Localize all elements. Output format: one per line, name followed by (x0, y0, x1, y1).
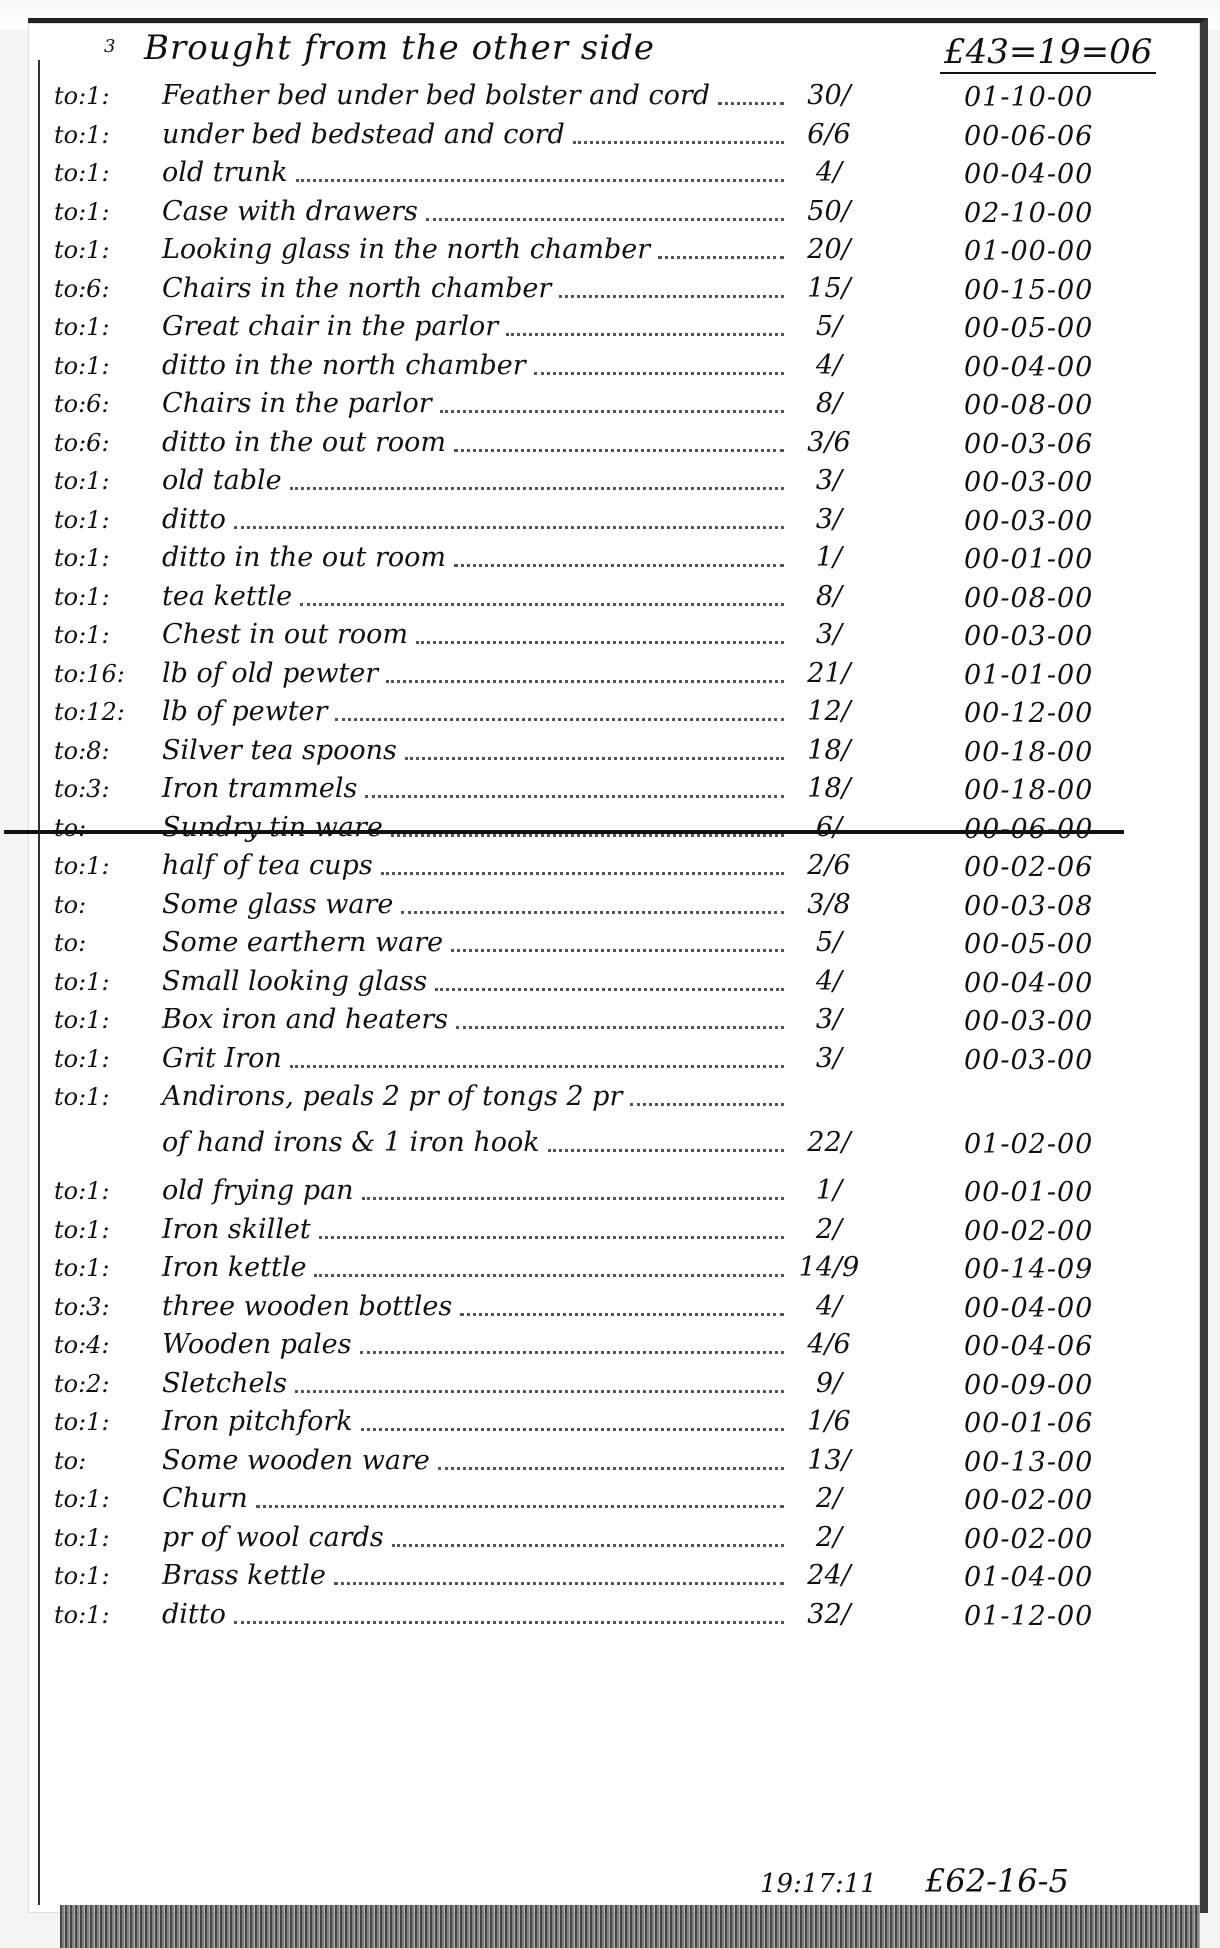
item-description: Churn (162, 1483, 248, 1514)
item-shillings-value: 4/ (784, 350, 874, 381)
dotted-leader (534, 372, 784, 375)
item-quantity: to:1: (54, 236, 164, 264)
item-quantity: to:3: (54, 775, 164, 803)
inventory-row: to:1:Andirons, peals 2 pr of tongs 2 pr (44, 1081, 1194, 1127)
inventory-row: to:Some glass ware3/800-03-08 (44, 889, 1194, 928)
inventory-row: to:1:Feather bed under bed bolster and c… (44, 80, 1194, 119)
inventory-row: to:1:under bed bedstead and cord6/600-06… (44, 119, 1194, 158)
item-pounds-amount: 00-18-00 (964, 775, 1184, 806)
inventory-row: to:1:Box iron and heaters3/00-03-00 (44, 1004, 1194, 1043)
inventory-row: to:3:three wooden bottles4/00-04-00 (44, 1291, 1194, 1330)
item-quantity: to:6: (54, 429, 164, 457)
inventory-row: to:6:ditto in the out room3/600-03-06 (44, 427, 1194, 466)
item-quantity: to:1: (54, 198, 164, 226)
item-quantity: to:1: (54, 159, 164, 187)
inventory-row: to:1:tea kettle8/00-08-00 (44, 581, 1194, 620)
item-pounds-amount: 00-03-06 (964, 429, 1184, 460)
item-shillings-value: 6/ (784, 812, 874, 843)
torn-page-edge (60, 1905, 1200, 1948)
dotted-leader (381, 872, 784, 875)
item-pounds-amount: 00-01-06 (964, 1408, 1184, 1439)
item-pounds-amount: 00-13-00 (964, 1447, 1184, 1478)
item-description: Chairs in the parlor (162, 388, 432, 419)
item-pounds-amount: 00-04-00 (964, 968, 1184, 999)
page-header: 3 Brought from the other side £43=19=06 (100, 28, 1180, 88)
item-description: Box iron and heaters (162, 1004, 448, 1035)
item-pounds-amount: 00-03-00 (964, 506, 1184, 537)
item-description: ditto in the north chamber (162, 350, 526, 381)
item-pounds-amount: 00-02-06 (964, 852, 1184, 883)
item-shillings-value: 3/ (784, 1004, 874, 1035)
dotted-leader (290, 1065, 784, 1068)
inventory-row: to:1:Brass kettle24/01-04-00 (44, 1560, 1194, 1599)
inventory-row: to:1:Small looking glass4/00-04-00 (44, 966, 1194, 1005)
dotted-leader (334, 1582, 784, 1585)
item-quantity: to: (54, 929, 164, 957)
item-pounds-amount: 00-08-00 (964, 390, 1184, 421)
grand-total: £62-16-5 (925, 1862, 1069, 1900)
item-shillings-value: 24/ (784, 1560, 874, 1591)
item-shillings-value: 12/ (784, 696, 874, 727)
inventory-row: to:Some earthern ware5/00-05-00 (44, 927, 1194, 966)
inventory-row: to:1:Grit Iron3/00-03-00 (44, 1043, 1194, 1082)
item-quantity: to: (54, 891, 164, 919)
item-description: Some wooden ware (162, 1445, 430, 1476)
page-marker: 3 (104, 36, 115, 57)
item-pounds-amount: 00-05-00 (964, 313, 1184, 344)
dotted-leader (290, 487, 784, 490)
item-description: Great chair in the parlor (162, 311, 498, 342)
item-quantity: to:1: (54, 1006, 164, 1034)
item-quantity: to:1: (54, 1083, 164, 1111)
item-pounds-amount: 00-04-00 (964, 1293, 1184, 1324)
item-shillings-value: 4/ (784, 1291, 874, 1322)
dotted-leader (335, 718, 784, 721)
item-pounds-amount: 00-04-00 (964, 352, 1184, 383)
item-quantity: to:1: (54, 352, 164, 380)
dotted-leader (440, 410, 784, 413)
item-shillings-value: 14/9 (784, 1252, 874, 1283)
item-shillings-value: 1/ (784, 1175, 874, 1206)
item-quantity: to:16: (54, 660, 164, 688)
item-pounds-amount: 00-09-00 (964, 1370, 1184, 1401)
dotted-leader (319, 1236, 784, 1239)
item-pounds-amount: 01-00-00 (964, 236, 1184, 267)
item-quantity: to:6: (54, 390, 164, 418)
item-shillings-value: 13/ (784, 1445, 874, 1476)
item-description: Iron pitchfork (162, 1406, 353, 1437)
dotted-leader (548, 1149, 784, 1152)
dotted-leader (392, 1544, 784, 1547)
item-description: tea kettle (162, 581, 292, 612)
inventory-row: to:16:lb of old pewter21/01-01-00 (44, 658, 1194, 697)
item-description: Chest in out room (162, 619, 408, 650)
dotted-leader (658, 256, 784, 259)
item-shillings-value: 2/ (784, 1522, 874, 1553)
item-shillings-value: 1/ (784, 542, 874, 573)
inventory-row: to:1:Chest in out room3/00-03-00 (44, 619, 1194, 658)
item-shillings-value: 30/ (784, 80, 874, 111)
item-shillings-value: 18/ (784, 735, 874, 766)
item-description: Iron trammels (162, 773, 357, 804)
item-shillings-value: 9/ (784, 1368, 874, 1399)
item-description: half of tea cups (162, 850, 373, 881)
inventory-row: to:12:lb of pewter12/00-12-00 (44, 696, 1194, 735)
page-totals: 19:17:11 £62-16-5 (760, 1862, 1069, 1900)
item-quantity: to:6: (54, 275, 164, 303)
item-pounds-amount: 01-10-00 (964, 82, 1184, 113)
item-description: ditto in the out room (162, 427, 446, 458)
item-quantity: to:2: (54, 1370, 164, 1398)
dotted-leader (416, 641, 784, 644)
dotted-leader (426, 218, 784, 221)
dotted-leader (573, 141, 784, 144)
item-pounds-amount: 01-12-00 (964, 1601, 1184, 1632)
dotted-leader (295, 1390, 784, 1393)
item-pounds-amount: 00-05-00 (964, 929, 1184, 960)
item-pounds-amount: 00-04-00 (964, 159, 1184, 190)
dotted-leader (386, 680, 784, 683)
item-description: of hand irons & 1 iron hook (162, 1127, 540, 1158)
item-quantity: to:4: (54, 1331, 164, 1359)
dotted-leader (234, 526, 784, 529)
dotted-leader (456, 1026, 784, 1029)
dotted-leader (718, 102, 784, 105)
item-pounds-amount: 00-18-00 (964, 737, 1184, 768)
item-description: pr of wool cards (162, 1522, 384, 1553)
dotted-leader (391, 834, 784, 837)
inventory-row: to:1:old frying pan1/00-01-00 (44, 1175, 1194, 1214)
dotted-leader (360, 1351, 784, 1354)
item-pounds-amount: 00-08-00 (964, 583, 1184, 614)
dotted-leader (506, 333, 784, 336)
item-description: Looking glass in the north chamber (162, 234, 650, 265)
item-shillings-value: 22/ (784, 1127, 874, 1158)
dotted-leader (362, 1197, 784, 1200)
item-pounds-amount: 00-06-06 (964, 121, 1184, 152)
inventory-row: to:2:Sletchels9/00-09-00 (44, 1368, 1194, 1407)
inventory-row: to:1:half of tea cups2/600-02-06 (44, 850, 1194, 889)
inventory-row: to:Sundry tin ware6/00-06-00 (44, 812, 1194, 851)
item-shillings-value: 20/ (784, 234, 874, 265)
dotted-leader (559, 295, 784, 298)
item-quantity: to:1: (54, 313, 164, 341)
item-shillings-value: 3/ (784, 504, 874, 535)
item-description: Some earthern ware (162, 927, 443, 958)
item-description: three wooden bottles (162, 1291, 452, 1322)
item-description: ditto in the out room (162, 542, 446, 573)
item-pounds-amount: 00-04-06 (964, 1331, 1184, 1362)
inventory-row: to:Some wooden ware13/00-13-00 (44, 1445, 1194, 1484)
dotted-leader (361, 1428, 784, 1431)
dotted-leader (256, 1505, 784, 1508)
dotted-leader (300, 603, 784, 606)
dotted-leader (454, 449, 784, 452)
item-shillings-value: 3/ (784, 619, 874, 650)
item-description: old table (162, 465, 282, 496)
item-quantity: to:1: (54, 1408, 164, 1436)
item-shillings-value: 4/ (784, 157, 874, 188)
header-title: Brought from the other side (144, 28, 655, 68)
item-shillings-value: 15/ (784, 273, 874, 304)
item-quantity: to:1: (54, 621, 164, 649)
item-description: Case with drawers (162, 196, 418, 227)
inventory-row: to:1:Iron kettle14/900-14-09 (44, 1252, 1194, 1291)
item-pounds-amount: 00-15-00 (964, 275, 1184, 306)
item-pounds-amount: 00-03-08 (964, 891, 1184, 922)
inventory-row: to:6:Chairs in the parlor8/00-08-00 (44, 388, 1194, 427)
item-pounds-amount: 02-10-00 (964, 198, 1184, 229)
inventory-row: to:1:ditto32/01-12-00 (44, 1599, 1194, 1638)
item-shillings-value: 2/ (784, 1483, 874, 1514)
item-description: Silver tea spoons (162, 735, 397, 766)
dotted-leader (451, 949, 784, 952)
shillings-subtotal: 19:17:11 (760, 1869, 877, 1899)
dotted-leader (401, 911, 784, 914)
dotted-leader (365, 795, 784, 798)
inventory-row: to:1:ditto in the north chamber4/00-04-0… (44, 350, 1194, 389)
item-shillings-value: 2/ (784, 1214, 874, 1245)
item-quantity: to:1: (54, 1524, 164, 1552)
item-shillings-value: 32/ (784, 1599, 874, 1630)
item-description: old frying pan (162, 1175, 354, 1206)
item-quantity: to:1: (54, 82, 164, 110)
item-pounds-amount: 00-02-00 (964, 1216, 1184, 1247)
item-shillings-value: 5/ (784, 927, 874, 958)
item-quantity: to: (54, 814, 164, 842)
item-description: old trunk (162, 157, 288, 188)
item-description: Feather bed under bed bolster and cord (162, 80, 710, 111)
item-pounds-amount: 00-12-00 (964, 698, 1184, 729)
item-description: Chairs in the north chamber (162, 273, 551, 304)
item-pounds-amount: 00-03-00 (964, 1006, 1184, 1037)
item-shillings-value: 50/ (784, 196, 874, 227)
item-description: Some glass ware (162, 889, 393, 920)
item-shillings-value: 4/ (784, 966, 874, 997)
item-pounds-amount: 01-02-00 (964, 1129, 1184, 1160)
item-quantity: to:1: (54, 1601, 164, 1629)
item-shillings-value: 1/6 (784, 1406, 874, 1437)
inventory-row: to:4:Wooden pales4/600-04-06 (44, 1329, 1194, 1368)
inventory-row: to:6:Chairs in the north chamber15/00-15… (44, 273, 1194, 312)
item-shillings-value: 8/ (784, 581, 874, 612)
item-shillings-value: 3/ (784, 465, 874, 496)
item-description: under bed bedstead and cord (162, 119, 565, 150)
item-quantity: to:1: (54, 544, 164, 572)
dotted-leader (435, 988, 784, 991)
item-shillings-value: 3/ (784, 1043, 874, 1074)
inventory-row: to:1:Iron skillet2/00-02-00 (44, 1214, 1194, 1253)
item-description: Brass kettle (162, 1560, 326, 1591)
left-margin-rule (38, 60, 40, 1905)
inventory-row: to:1:ditto in the out room1/00-01-00 (44, 542, 1194, 581)
dotted-leader (314, 1274, 784, 1277)
dotted-leader (296, 179, 784, 182)
item-quantity: to:1: (54, 121, 164, 149)
item-quantity: to:1: (54, 1177, 164, 1205)
inventory-row: to:1:Iron pitchfork1/600-01-06 (44, 1406, 1194, 1445)
item-shillings-value: 5/ (784, 311, 874, 342)
item-quantity: to:1: (54, 1216, 164, 1244)
dotted-leader (405, 757, 784, 760)
item-description: Grit Iron (162, 1043, 282, 1074)
dotted-leader (630, 1103, 784, 1106)
item-quantity: to:1: (54, 1485, 164, 1513)
item-shillings-value: 6/6 (784, 119, 874, 150)
item-pounds-amount: 00-14-09 (964, 1254, 1184, 1285)
inventory-row: to:1:Case with drawers50/02-10-00 (44, 196, 1194, 235)
item-shillings-value: 18/ (784, 773, 874, 804)
item-pounds-amount: 00-02-00 (964, 1524, 1184, 1555)
item-description: Andirons, peals 2 pr of tongs 2 pr (162, 1081, 622, 1112)
item-quantity: to:8: (54, 737, 164, 765)
inventory-row: to:1:Looking glass in the north chamber2… (44, 234, 1194, 273)
item-description: ditto (162, 504, 226, 535)
item-pounds-amount: 01-01-00 (964, 660, 1184, 691)
dotted-leader (460, 1313, 784, 1316)
item-description: Small looking glass (162, 966, 427, 997)
item-description: Iron kettle (162, 1252, 306, 1283)
dotted-leader (438, 1467, 784, 1470)
item-quantity: to: (54, 1447, 164, 1475)
item-pounds-amount: 00-01-00 (964, 544, 1184, 575)
item-shillings-value: 2/6 (784, 850, 874, 881)
item-description: Wooden pales (162, 1329, 352, 1360)
item-shillings-value: 3/6 (784, 427, 874, 458)
inventory-row: to:1:Great chair in the parlor5/00-05-00 (44, 311, 1194, 350)
item-shillings-value: 21/ (784, 658, 874, 689)
item-quantity: to:1: (54, 968, 164, 996)
inventory-row: of hand irons & 1 iron hook22/01-02-00 (44, 1127, 1194, 1175)
item-quantity: to:1: (54, 1254, 164, 1282)
item-description: Sletchels (162, 1368, 287, 1399)
item-shillings-value: 4/6 (784, 1329, 874, 1360)
item-description: ditto (162, 1599, 226, 1630)
item-pounds-amount: 00-03-00 (964, 621, 1184, 652)
dotted-leader (454, 564, 784, 567)
item-quantity: to:3: (54, 1293, 164, 1321)
inventory-row: to:3:Iron trammels18/00-18-00 (44, 773, 1194, 812)
item-description: Sundry tin ware (162, 812, 383, 843)
item-pounds-amount: 01-04-00 (964, 1562, 1184, 1593)
item-quantity: to:1: (54, 467, 164, 495)
inventory-row: to:1:ditto3/00-03-00 (44, 504, 1194, 543)
dotted-leader (234, 1621, 784, 1624)
inventory-list: to:1:Feather bed under bed bolster and c… (44, 80, 1194, 1637)
item-quantity: to:1: (54, 583, 164, 611)
inventory-row: to:1:old table3/00-03-00 (44, 465, 1194, 504)
inventory-row: to:1:Churn2/00-02-00 (44, 1483, 1194, 1522)
item-quantity: to:1: (54, 506, 164, 534)
item-pounds-amount: 00-03-00 (964, 1045, 1184, 1076)
item-description: lb of old pewter (162, 658, 378, 689)
item-pounds-amount: 00-01-00 (964, 1177, 1184, 1208)
item-shillings-value: 3/8 (784, 889, 874, 920)
item-quantity: to:1: (54, 1045, 164, 1073)
inventory-row: to:1:pr of wool cards2/00-02-00 (44, 1522, 1194, 1561)
item-pounds-amount: 00-03-00 (964, 467, 1184, 498)
item-quantity: to:12: (54, 698, 164, 726)
item-pounds-amount: 00-02-00 (964, 1485, 1184, 1516)
item-quantity: to:1: (54, 1562, 164, 1590)
item-description: Iron skillet (162, 1214, 311, 1245)
inventory-row: to:8:Silver tea spoons18/00-18-00 (44, 735, 1194, 774)
inventory-row: to:1:old trunk4/00-04-00 (44, 157, 1194, 196)
carried-forward-total: £43=19=06 (940, 32, 1156, 74)
item-quantity: to:1: (54, 852, 164, 880)
item-shillings-value: 8/ (784, 388, 874, 419)
item-description: lb of pewter (162, 696, 327, 727)
